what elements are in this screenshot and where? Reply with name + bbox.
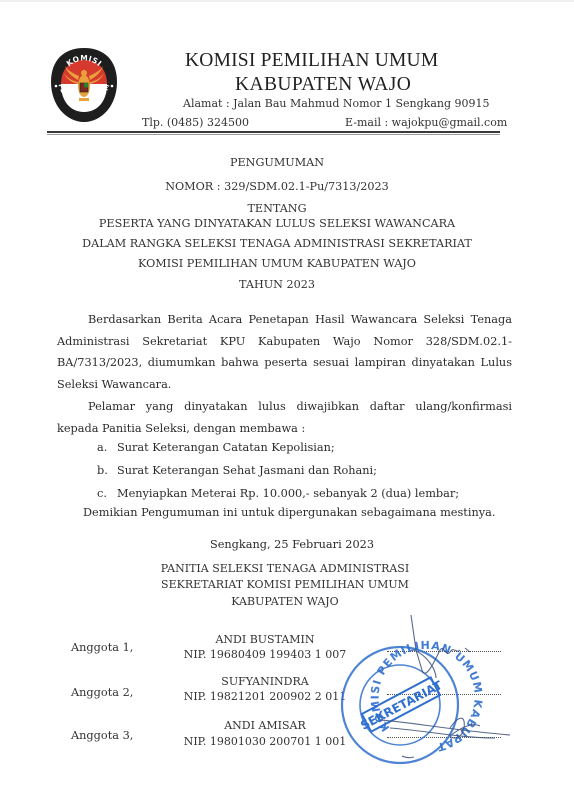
- letterhead-divider-thin: [47, 134, 500, 135]
- place-date: Sengkang, 25 Februari 2023: [0, 538, 574, 551]
- list-marker: b.: [97, 464, 117, 477]
- committee-line-3: KABUPATEN WAJO: [140, 595, 430, 608]
- member-name-1: ANDI BUSTAMIN: [160, 633, 370, 646]
- org-phone: Tlp. (0485) 324500: [142, 116, 249, 129]
- body-paragraph-1: Berdasarkan Berita Acara Penetapan Hasil…: [57, 309, 512, 395]
- announcement-number: NOMOR : 329/SDM.02.1-Pu/7313/2023: [0, 180, 564, 193]
- list-item: b.Surat Keterangan Sehat Jasmani dan Roh…: [97, 464, 377, 477]
- closing-sentence: Demikian Pengumuman ini untuk dipergunak…: [83, 506, 495, 519]
- svg-text:SEKRETARIAT: SEKRETARIAT: [358, 678, 445, 733]
- subject-line-4: TAHUN 2023: [0, 278, 564, 291]
- letterhead-divider: [47, 131, 500, 133]
- list-marker: a.: [97, 441, 117, 454]
- org-name-line1: KOMISI PEMILIHAN UMUM: [185, 50, 438, 72]
- list-item: c.Menyiapkan Meterai Rp. 10.000,- sebany…: [97, 487, 459, 500]
- member-nip-1: NIP. 19680409 199403 1 007: [160, 648, 370, 661]
- member-nip-2: NIP. 19821201 200902 2 011: [160, 690, 370, 703]
- member-role-3: Anggota 3,: [71, 729, 133, 742]
- list-item-text: Menyiapkan Meterai Rp. 10.000,- sebanyak…: [117, 487, 459, 500]
- org-email: E-mail : wajokpu@gmail.com: [345, 116, 507, 129]
- subject-line-1: PESERTA YANG DINYATAKAN LULUS SELEKSI WA…: [0, 217, 564, 230]
- list-item: a.Surat Keterangan Catatan Kepolisian;: [97, 441, 335, 454]
- org-address: Alamat : Jalan Bau Mahmud Nomor 1 Sengka…: [183, 97, 490, 110]
- list-item-text: Surat Keterangan Sehat Jasmani dan Rohan…: [117, 464, 377, 477]
- signature-line-2: [387, 694, 501, 695]
- body-paragraph-2: Pelamar yang dinyatakan lulus diwajibkan…: [57, 396, 512, 439]
- signature-line-1: [387, 651, 501, 652]
- committee-line-1: PANITIA SELEKSI TENAGA ADMINISTRASI: [140, 562, 430, 575]
- announcement-title: PENGUMUMAN: [0, 156, 564, 169]
- member-role-1: Anggota 1,: [71, 641, 133, 654]
- member-role-2: Anggota 2,: [71, 686, 133, 699]
- member-nip-3: NIP. 19801030 200701 1 001: [160, 735, 370, 748]
- list-marker: c.: [97, 487, 117, 500]
- committee-line-2: SEKRETARIAT KOMISI PEMILIHAN UMUM: [140, 578, 430, 591]
- subject-line-3: KOMISI PEMILIHAN UMUM KABUPATEN WAJO: [0, 257, 564, 270]
- kpu-logo-icon: KOMISI PEMILIHAN UMUM: [49, 46, 119, 124]
- member-name-2: SUFYANINDRA: [160, 675, 370, 688]
- page-top-edge: [0, 0, 574, 2]
- org-name-line2: KABUPATEN WAJO: [235, 74, 411, 96]
- announcement-about: TENTANG: [0, 202, 564, 215]
- signature-line-3: [387, 737, 501, 738]
- member-name-3: ANDI AMISAR: [160, 719, 370, 732]
- list-item-text: Surat Keterangan Catatan Kepolisian;: [117, 441, 335, 454]
- subject-line-2: DALAM RANGKA SELEKSI TENAGA ADMINISTRASI…: [0, 237, 564, 250]
